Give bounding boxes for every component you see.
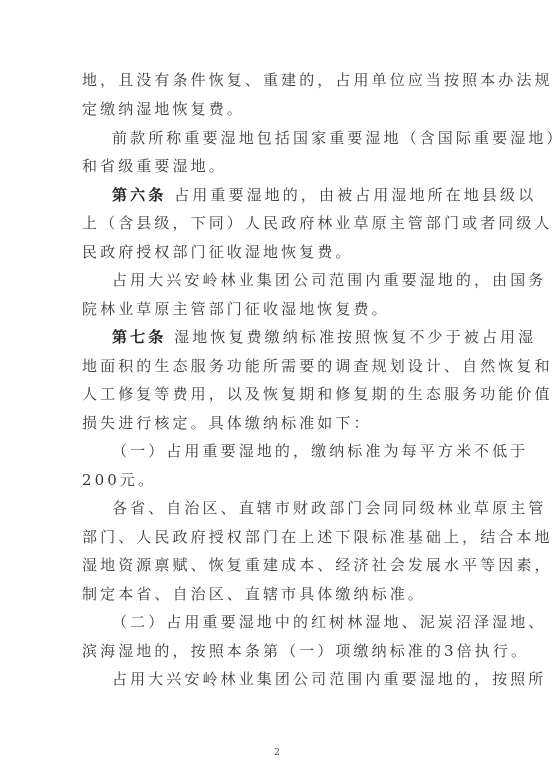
text-line: （二）占用重要湿地中的红树林湿地、泥炭沼泽湿地、: [112, 612, 472, 632]
article-6-line: 第六条 占用重要湿地的，由被占用湿地所在地县级以: [112, 185, 472, 205]
text-line: 200元。: [82, 470, 472, 490]
text-line: 湿地资源禀赋、恢复重建成本、经济社会发展水平等因素，: [82, 555, 472, 575]
text-line: 损失进行核定。具体缴纳标准如下：: [82, 413, 472, 433]
text-line: 部门、人民政府授权部门在上述下限标准基础上，结合本地: [82, 527, 472, 547]
text-line: 滨海湿地的，按照本条第（一）项缴纳标准的3倍执行。: [82, 641, 472, 661]
text-line: 地面积的生态服务功能所需要的调查规划设计、自然恢复和: [82, 356, 472, 376]
text-line: 人工修复等费用，以及恢复期和修复期的生态服务功能价值: [82, 384, 472, 404]
text-line: 制定本省、自治区、直辖市具体缴纳标准。: [82, 584, 472, 604]
text-line: 各省、自治区、直辖市财政部门会同同级林业草原主管: [112, 498, 472, 518]
text-line: 占用大兴安岭林业集团公司范围内重要湿地的，按照所: [112, 669, 472, 689]
text-line: 定缴纳湿地恢复费。: [82, 99, 472, 119]
text-line: 占用大兴安岭林业集团公司范围内重要湿地的，由国务: [112, 270, 472, 290]
article-6-heading: 第六条: [112, 186, 166, 204]
article-7-heading: 第七条: [112, 328, 166, 346]
text-line: 上（含县级，下同）人民政府林业草原主管部门或者同级人: [82, 213, 472, 233]
text-line: 地，且没有条件恢复、重建的，占用单位应当按照本办法规: [82, 70, 472, 90]
text-line: 和省级重要湿地。: [82, 156, 472, 176]
page-number: 2: [270, 748, 284, 758]
text-span: 占用重要湿地的，由被占用湿地所在地县级以: [166, 186, 536, 204]
text-span: 湿地恢复费缴纳标准按照恢复不少于被占用湿: [166, 328, 536, 346]
text-line: 民政府授权部门征收湿地恢复费。: [82, 242, 472, 262]
text-line: 前款所称重要湿地包括国家重要湿地（含国际重要湿地）: [112, 128, 472, 148]
text-line: 院林业草原主管部门征收湿地恢复费。: [82, 299, 472, 319]
document-page: 地，且没有条件恢复、重建的，占用单位应当按照本办法规 定缴纳湿地恢复费。 前款所…: [0, 0, 554, 783]
article-7-line: 第七条 湿地恢复费缴纳标准按照恢复不少于被占用湿: [112, 327, 472, 347]
text-line: （一）占用重要湿地的，缴纳标准为每平方米不低于: [112, 441, 472, 461]
